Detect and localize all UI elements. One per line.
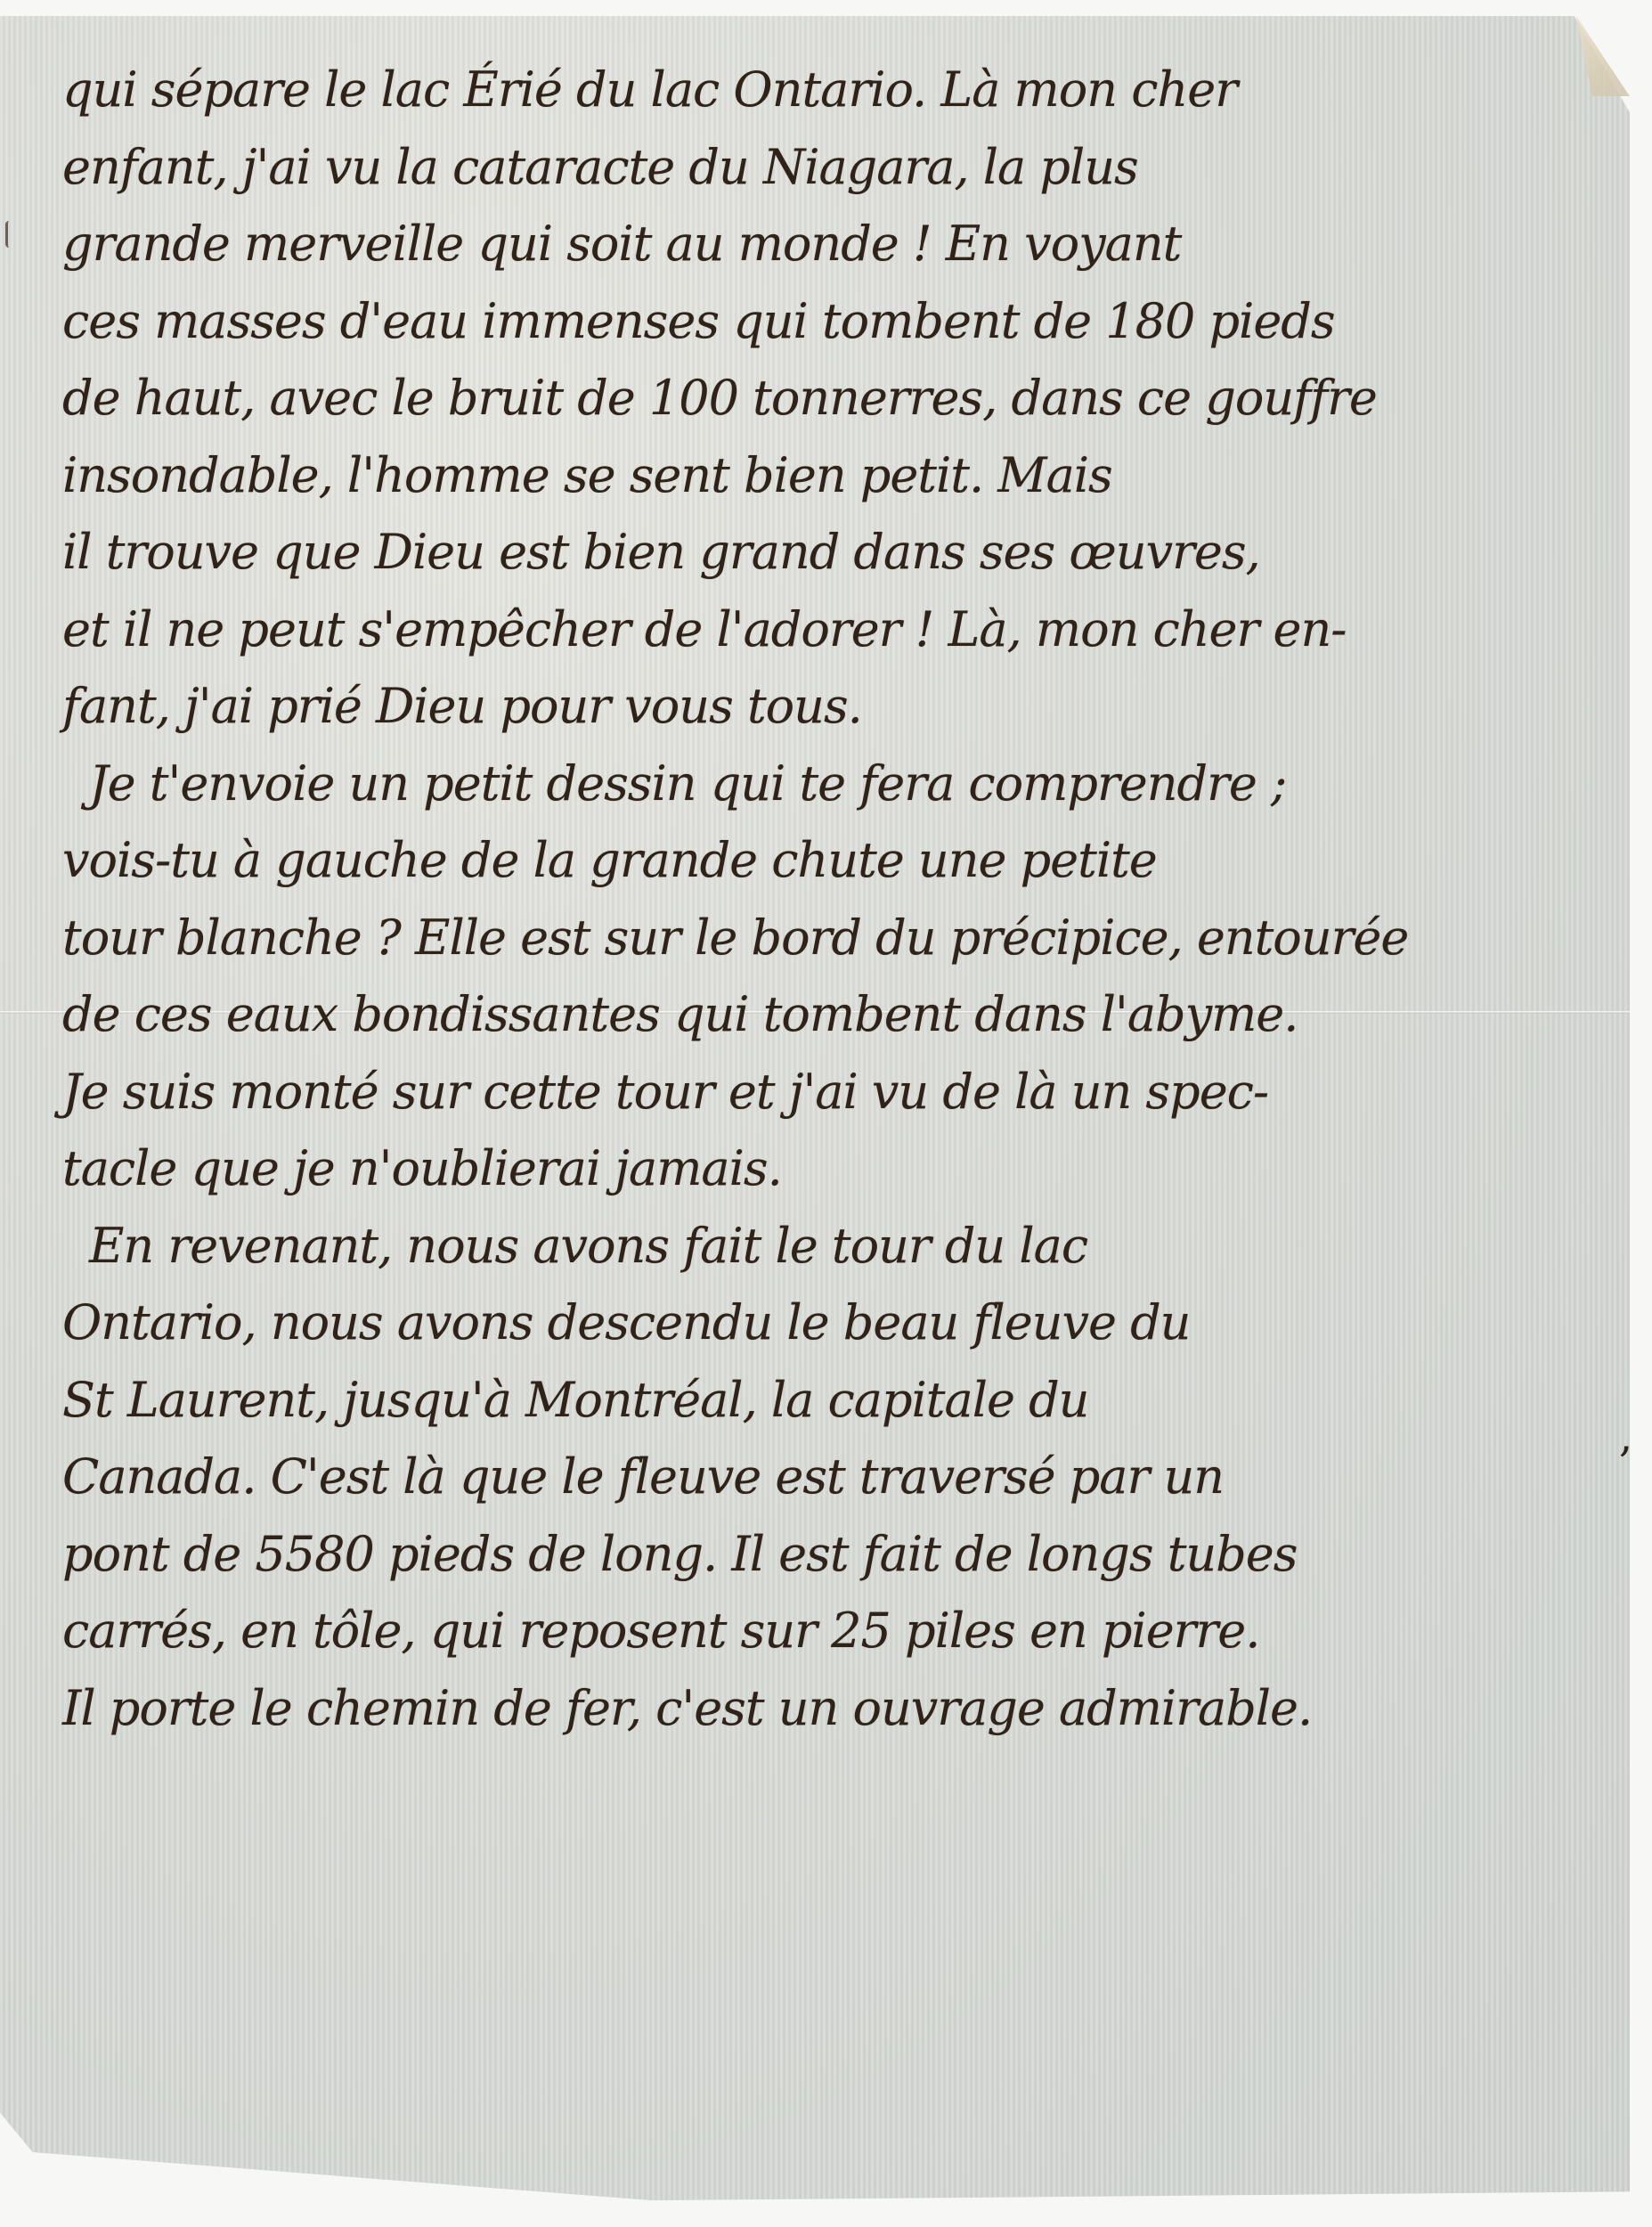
letter-line: de ces eaux bondissantes qui tombent dan… xyxy=(62,976,1603,1054)
letter-line: grande merveille qui soit au monde ! En … xyxy=(62,206,1603,283)
letter-line: insondable, l'homme se sent bien petit. … xyxy=(62,437,1603,515)
letter-line: il trouve que Dieu est bien grand dans s… xyxy=(62,514,1603,591)
letter-line: tacle que je n'oublierai jamais. xyxy=(62,1130,1603,1208)
letter-line-paragraph-start: En revenant, nous avons fait le tour du … xyxy=(62,1208,1603,1285)
letter-line-paragraph-start: Je t'envoie un petit dessin qui te fera … xyxy=(62,746,1603,823)
letter-line: fant, j'ai prié Dieu pour vous tous. xyxy=(62,668,1603,746)
letter-line: Je suis monté sur cette tour et j'ai vu … xyxy=(62,1054,1603,1131)
letter-line: Canada. C'est là que le fleuve est trave… xyxy=(62,1439,1603,1516)
letter-line: de haut, avec le bruit de 100 tonnerres,… xyxy=(62,360,1603,437)
margin-ink-mark xyxy=(5,221,13,248)
letter-line: Ontario, nous avons descendu le beau fle… xyxy=(62,1285,1603,1362)
letter-line: pont de 5580 pieds de long. Il est fait … xyxy=(62,1516,1603,1594)
handwritten-letter-body: qui sépare le lac Érié du lac Ontario. L… xyxy=(62,52,1603,1747)
letter-line: carrés, en tôle, qui reposent sur 25 pil… xyxy=(62,1593,1603,1670)
letter-line: qui sépare le lac Érié du lac Ontario. L… xyxy=(62,52,1603,129)
letter-line: vois-tu à gauche de la grande chute une … xyxy=(62,822,1603,900)
letter-line: et il ne peut s'empêcher de l'adorer ! L… xyxy=(62,591,1603,669)
margin-comma-mark: , xyxy=(1619,1412,1632,1462)
letter-line: St Laurent, jusqu'à Montréal, la capital… xyxy=(62,1362,1603,1440)
letter-line: Il porte le chemin de fer, c'est un ouvr… xyxy=(62,1670,1603,1748)
letter-line: enfant, j'ai vu la cataracte du Niagara,… xyxy=(62,129,1603,207)
letter-line: ces masses d'eau immenses qui tombent de… xyxy=(62,283,1603,361)
letter-line: tour blanche ? Elle est sur le bord du p… xyxy=(62,900,1603,977)
